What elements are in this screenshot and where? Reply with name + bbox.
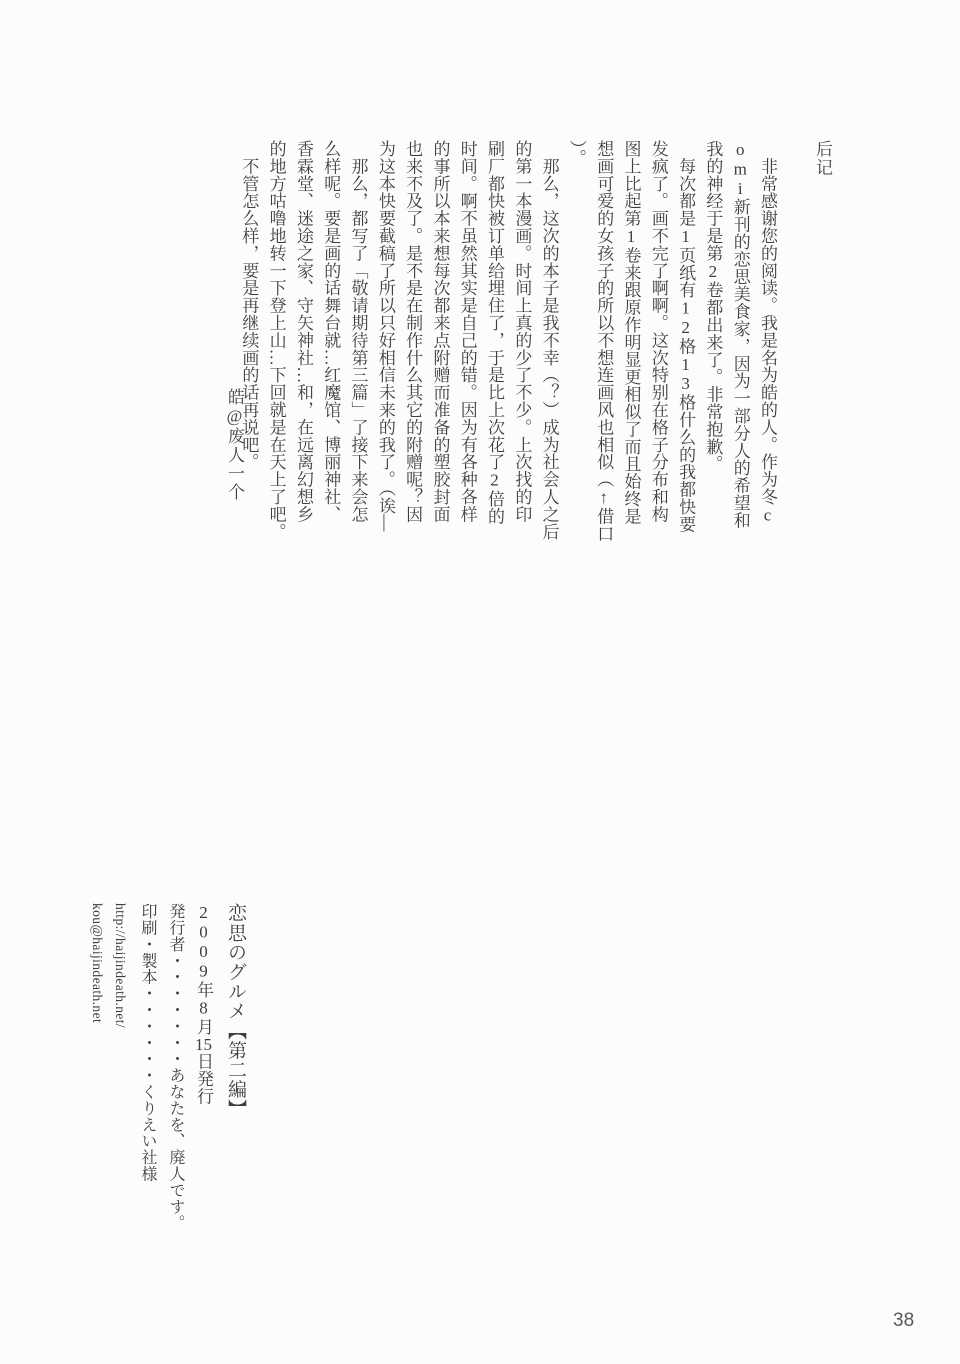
colophon-publish-date: 2009年8月15日発行 [189, 903, 218, 1248]
afterword-paragraph: 每次都是1页纸有12格13格什么的我都快要 发疯了。画不完了啊啊。这次特别在格子… [563, 140, 699, 546]
colophon-publisher-line: 発行者・・・・・・・あなたを、廃人です。 [161, 903, 189, 1248]
author-signature: 皓@废人一个 [224, 388, 244, 502]
afterword-page: 后记 非常感谢您的阅读。我是名为皓的人。作为冬c omi新刊的恋思美食家，因为一… [0, 0, 960, 1364]
afterword-paragraph: 那么，这次的本子是我不幸（？）成为社会人之后 的第一本漫画。时间上真的少了不少。… [372, 140, 563, 546]
afterword-title: 后记 [811, 140, 833, 546]
afterword-paragraph: 那么，都写了「敬请期待第三篇」了接下来会怎 么样呢。要是画的话舞台就…红魔馆、博… [262, 140, 371, 546]
colophon-printing-line: 印刷・製本・・・・・・くりえい社様 [133, 903, 161, 1248]
colophon-website-url: http://haijindeath.net/ [108, 903, 133, 1248]
colophon-block: 恋思のグルメ【第二編】 2009年8月15日発行 発行者・・・・・・・あなたを、… [86, 903, 252, 1248]
page-number: 38 [893, 1310, 914, 1332]
colophon-book-title: 恋思のグルメ【第二編】 [218, 903, 252, 1248]
afterword-paragraph: 非常感谢您的阅读。我是名为皓的人。作为冬c omi新刊的恋思美食家，因为一部分人… [699, 140, 781, 546]
colophon-email-address: kou@haijindeath.net [86, 903, 108, 1248]
afterword-text-block: 后记 非常感谢您的阅读。我是名为皓的人。作为冬c omi新刊的恋思美食家，因为一… [235, 140, 863, 546]
